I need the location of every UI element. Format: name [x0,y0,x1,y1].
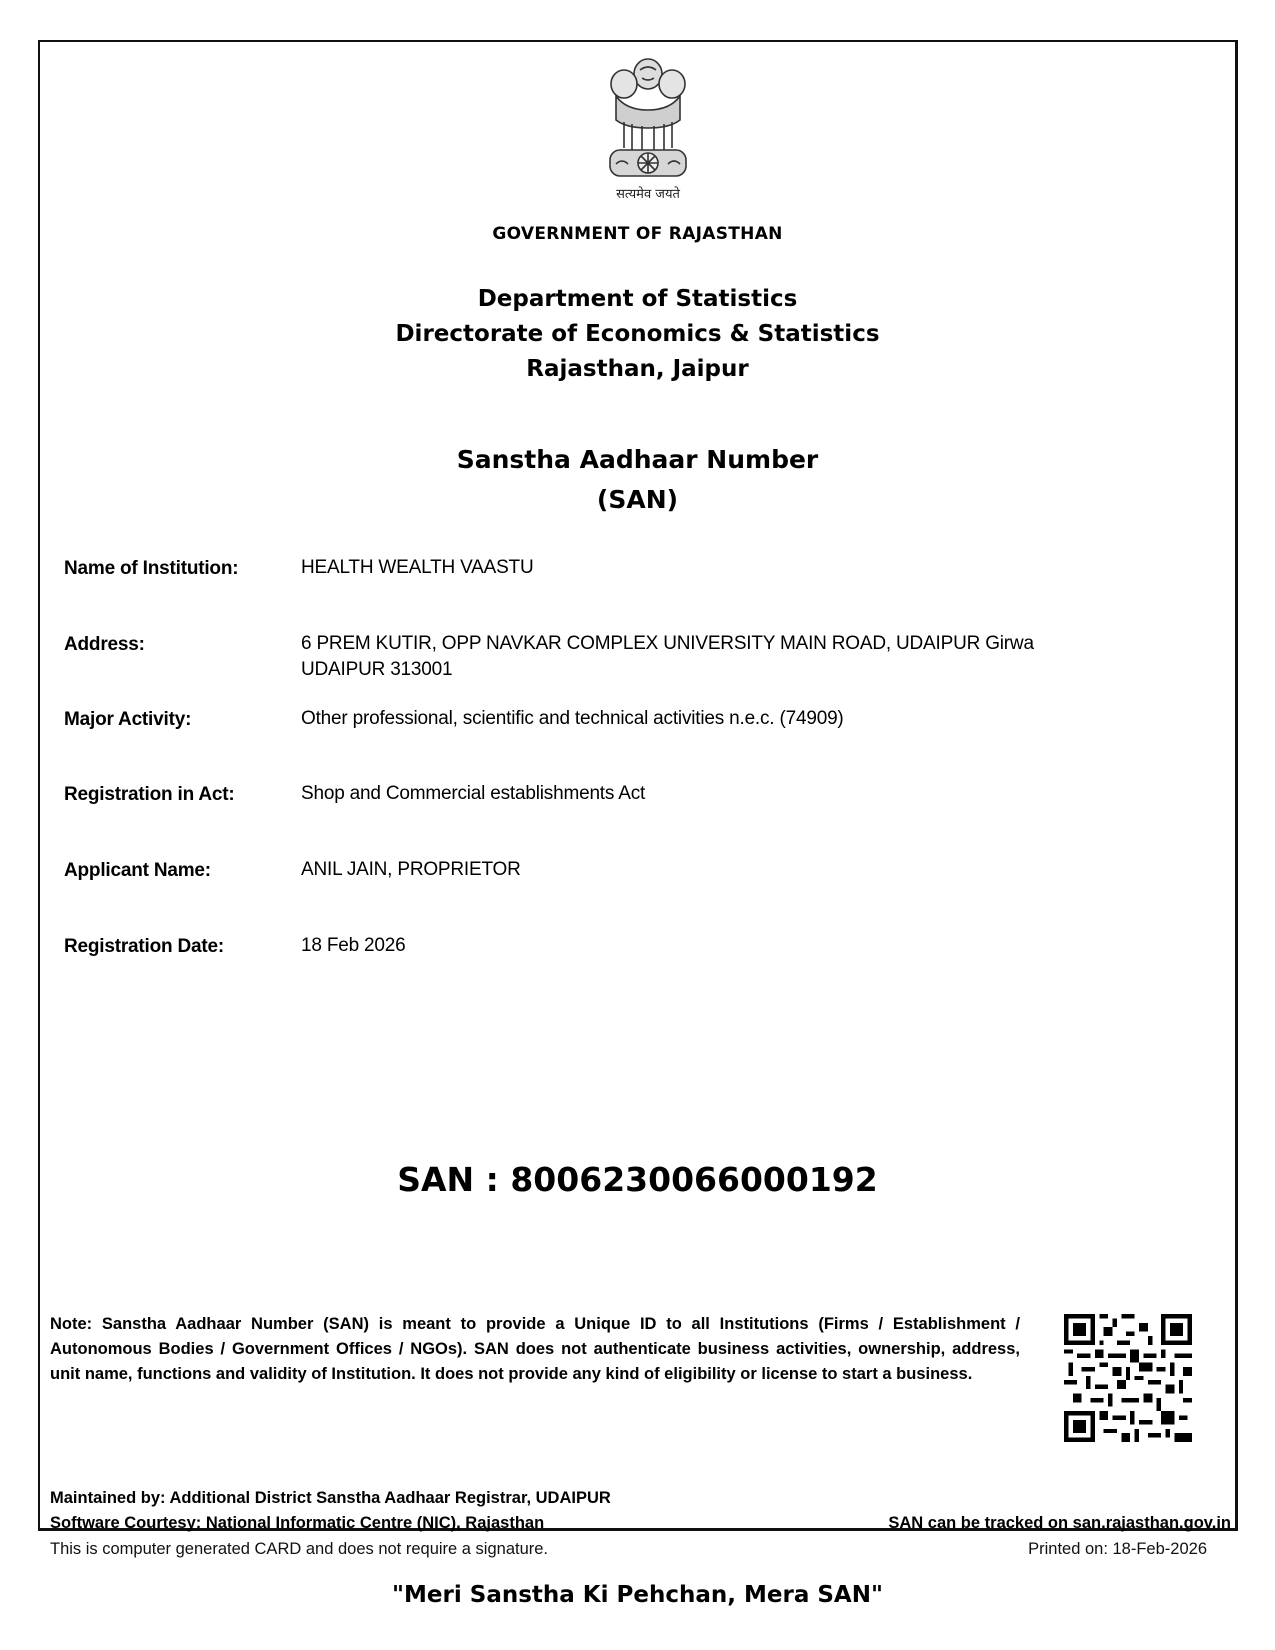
department-line-1: Department of Statistics [40,282,1235,317]
software-courtesy: Software Courtesy: National Informatic C… [50,1511,611,1536]
document-title-line-1: Sanstha Aadhaar Number [40,440,1235,480]
san-card: सत्यमेव जयते GOVERNMENT OF RAJASTHAN Dep… [38,40,1238,1531]
printed-on-date: Printed on: 18-Feb-2026 [1028,1540,1207,1559]
national-emblem-icon [602,52,694,202]
maintained-by: Maintained by: Additional District Sanst… [50,1486,611,1511]
field-value-registration-act: Shop and Commercial establishments Act [301,781,1171,807]
tagline: "Meri Sanstha Ki Pehchan, Mera SAN" [0,1582,1275,1608]
field-label-major-activity: Major Activity: [64,709,191,731]
field-label-registration-act: Registration in Act: [64,784,235,806]
field-label-address: Address: [64,634,145,656]
department-heading: Department of Statistics Directorate of … [40,282,1235,387]
field-value-major-activity: Other professional, scientific and techn… [301,706,1171,732]
san-number: SAN : 8006230066000192 [40,1160,1235,1199]
disclaimer-note: Note: Sanstha Aadhaar Number (SAN) is me… [50,1312,1020,1387]
tracking-link[interactable]: SAN can be tracked on san.rajasthan.gov.… [888,1511,1231,1536]
national-motto: सत्यमेव जयते [560,184,736,202]
department-line-2: Directorate of Economics & Statistics [40,317,1235,352]
document-title-line-2: (SAN) [40,480,1235,520]
field-label-institution: Name of Institution: [64,558,238,580]
government-heading: GOVERNMENT OF RAJASTHAN [40,224,1235,244]
signature-disclaimer: This is computer generated CARD and does… [50,1540,548,1559]
qr-code-icon [1064,1314,1192,1442]
field-value-registration-date: 18 Feb 2026 [301,933,1171,959]
maintained-by-block: Maintained by: Additional District Sanst… [50,1486,611,1536]
field-value-institution: HEALTH WEALTH VAASTU [301,555,1171,581]
department-line-3: Rajasthan, Jaipur [40,352,1235,387]
field-label-registration-date: Registration Date: [64,936,224,958]
field-value-address: 6 PREM KUTIR, OPP NAVKAR COMPLEX UNIVERS… [301,631,1091,683]
field-value-applicant-name: ANIL JAIN, PROPRIETOR [301,857,1171,883]
field-label-applicant-name: Applicant Name: [64,860,211,882]
document-title: Sanstha Aadhaar Number (SAN) [40,440,1235,520]
